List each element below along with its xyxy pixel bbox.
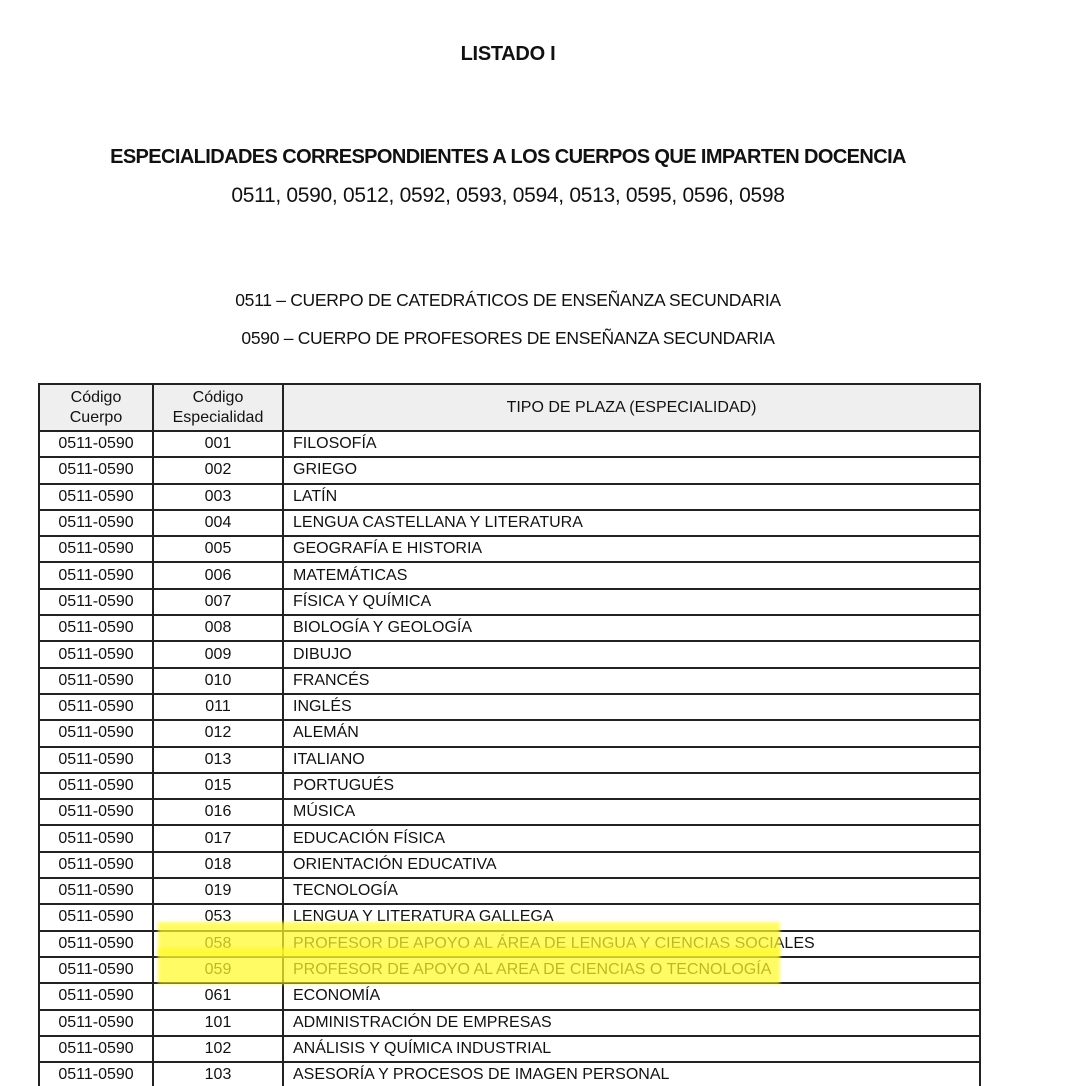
table-row: 0511-0590001FILOSOFÍA: [39, 431, 980, 457]
codigo-cuerpo-cell: 0511-0590: [39, 615, 153, 641]
codigo-especialidad-cell: 058: [153, 931, 283, 957]
codigo-especialidad-cell: 007: [153, 589, 283, 615]
header-text: Código: [193, 389, 244, 406]
tipo-plaza-cell: MÚSICA: [283, 799, 980, 825]
tipo-plaza-cell: ITALIANO: [283, 747, 980, 773]
codigo-cuerpo-cell: 0511-0590: [39, 431, 153, 457]
table-row: 0511-0590018ORIENTACIÓN EDUCATIVA: [39, 852, 980, 878]
codigo-cuerpo-cell: 0511-0590: [39, 720, 153, 746]
table-header-row: Código Cuerpo Código Especialidad TIPO D…: [39, 384, 980, 431]
codigo-especialidad-cell: 019: [153, 878, 283, 904]
codigo-cuerpo-cell: 0511-0590: [39, 931, 153, 957]
tipo-plaza-cell: BIOLOGÍA Y GEOLOGÍA: [283, 615, 980, 641]
cuerpo-codes-list: 0511, 0590, 0512, 0592, 0593, 0594, 0513…: [0, 184, 1016, 208]
codigo-cuerpo-cell: 0511-0590: [39, 852, 153, 878]
tipo-plaza-cell: LENGUA Y LITERATURA GALLEGA: [283, 904, 980, 930]
codigo-especialidad-cell: 012: [153, 720, 283, 746]
tipo-plaza-cell: EDUCACIÓN FÍSICA: [283, 825, 980, 851]
table-row: 0511-0590061ECONOMÍA: [39, 983, 980, 1009]
tipo-plaza-cell: FÍSICA Y QUÍMICA: [283, 589, 980, 615]
table-row: 0511-0590059PROFESOR DE APOYO AL AREA DE…: [39, 957, 980, 983]
codigo-cuerpo-cell: 0511-0590: [39, 484, 153, 510]
table-row: 0511-0590006MATEMÁTICAS: [39, 562, 980, 588]
codigo-especialidad-cell: 015: [153, 773, 283, 799]
table-row: 0511-0590015PORTUGUÉS: [39, 773, 980, 799]
tipo-plaza-cell: ADMINISTRACIÓN DE EMPRESAS: [283, 1010, 980, 1036]
table-row: 0511-0590011INGLÉS: [39, 694, 980, 720]
codigo-especialidad-cell: 005: [153, 536, 283, 562]
codigo-especialidad-cell: 013: [153, 747, 283, 773]
tipo-plaza-cell: ALEMÁN: [283, 720, 980, 746]
tipo-plaza-cell: PROFESOR DE APOYO AL ÁREA DE LENGUA Y CI…: [283, 931, 980, 957]
codigo-especialidad-cell: 103: [153, 1062, 283, 1086]
table-row: 0511-0590103ASESORÍA Y PROCESOS DE IMAGE…: [39, 1062, 980, 1086]
codigo-cuerpo-cell: 0511-0590: [39, 1062, 153, 1086]
table-row: 0511-0590004LENGUA CASTELLANA Y LITERATU…: [39, 510, 980, 536]
header-tipo-plaza: TIPO DE PLAZA (ESPECIALIDAD): [283, 384, 980, 431]
cuerpo-0511-heading: 0511 – CUERPO DE CATEDRÁTICOS DE ENSEÑAN…: [0, 290, 1016, 311]
document-title: LISTADO I: [0, 43, 1016, 66]
codigo-cuerpo-cell: 0511-0590: [39, 878, 153, 904]
table-row: 0511-0590053LENGUA Y LITERATURA GALLEGA: [39, 904, 980, 930]
table-row: 0511-0590058PROFESOR DE APOYO AL ÁREA DE…: [39, 931, 980, 957]
codigo-cuerpo-cell: 0511-0590: [39, 562, 153, 588]
tipo-plaza-cell: PROFESOR DE APOYO AL AREA DE CIENCIAS O …: [283, 957, 980, 983]
codigo-especialidad-cell: 004: [153, 510, 283, 536]
codigo-especialidad-cell: 002: [153, 457, 283, 483]
tipo-plaza-cell: ANÁLISIS Y QUÍMICA INDUSTRIAL: [283, 1036, 980, 1062]
table-row: 0511-0590013ITALIANO: [39, 747, 980, 773]
codigo-especialidad-cell: 102: [153, 1036, 283, 1062]
codigo-especialidad-cell: 003: [153, 484, 283, 510]
tipo-plaza-cell: GRIEGO: [283, 457, 980, 483]
tipo-plaza-cell: FRANCÉS: [283, 668, 980, 694]
codigo-cuerpo-cell: 0511-0590: [39, 1036, 153, 1062]
codigo-cuerpo-cell: 0511-0590: [39, 589, 153, 615]
codigo-cuerpo-cell: 0511-0590: [39, 825, 153, 851]
header-text: Cuerpo: [70, 409, 122, 426]
codigo-especialidad-cell: 001: [153, 431, 283, 457]
codigo-especialidad-cell: 008: [153, 615, 283, 641]
codigo-especialidad-cell: 018: [153, 852, 283, 878]
codigo-especialidad-cell: 053: [153, 904, 283, 930]
codigo-especialidad-cell: 009: [153, 641, 283, 667]
table-row: 0511-0590012ALEMÁN: [39, 720, 980, 746]
codigo-especialidad-cell: 010: [153, 668, 283, 694]
codigo-especialidad-cell: 059: [153, 957, 283, 983]
codigo-cuerpo-cell: 0511-0590: [39, 457, 153, 483]
codigo-cuerpo-cell: 0511-0590: [39, 694, 153, 720]
codigo-especialidad-cell: 061: [153, 983, 283, 1009]
tipo-plaza-cell: INGLÉS: [283, 694, 980, 720]
tipo-plaza-cell: ASESORÍA Y PROCESOS DE IMAGEN PERSONAL: [283, 1062, 980, 1086]
tipo-plaza-cell: TECNOLOGÍA: [283, 878, 980, 904]
table-row: 0511-0590003LATÍN: [39, 484, 980, 510]
codigo-cuerpo-cell: 0511-0590: [39, 904, 153, 930]
table-row: 0511-0590101ADMINISTRACIÓN DE EMPRESAS: [39, 1010, 980, 1036]
table-row: 0511-0590016MÚSICA: [39, 799, 980, 825]
tipo-plaza-cell: GEOGRAFÍA E HISTORIA: [283, 536, 980, 562]
header-codigo-especialidad: Código Especialidad: [153, 384, 283, 431]
codigo-especialidad-cell: 017: [153, 825, 283, 851]
tipo-plaza-cell: LENGUA CASTELLANA Y LITERATURA: [283, 510, 980, 536]
tipo-plaza-cell: FILOSOFÍA: [283, 431, 980, 457]
table-row: 0511-0590002GRIEGO: [39, 457, 980, 483]
codigo-cuerpo-cell: 0511-0590: [39, 799, 153, 825]
tipo-plaza-cell: ECONOMÍA: [283, 983, 980, 1009]
codigo-cuerpo-cell: 0511-0590: [39, 983, 153, 1009]
table-row: 0511-0590010FRANCÉS: [39, 668, 980, 694]
table-row: 0511-0590007FÍSICA Y QUÍMICA: [39, 589, 980, 615]
table-row: 0511-0590019TECNOLOGÍA: [39, 878, 980, 904]
codigo-cuerpo-cell: 0511-0590: [39, 536, 153, 562]
codigo-cuerpo-cell: 0511-0590: [39, 510, 153, 536]
codigo-cuerpo-cell: 0511-0590: [39, 747, 153, 773]
tipo-plaza-cell: PORTUGUÉS: [283, 773, 980, 799]
tipo-plaza-cell: ORIENTACIÓN EDUCATIVA: [283, 852, 980, 878]
codigo-especialidad-cell: 101: [153, 1010, 283, 1036]
table-row: 0511-0590005GEOGRAFÍA E HISTORIA: [39, 536, 980, 562]
document-subtitle: ESPECIALIDADES CORRESPONDIENTES A LOS CU…: [0, 146, 1016, 169]
codigo-cuerpo-cell: 0511-0590: [39, 957, 153, 983]
table-row: 0511-0590017EDUCACIÓN FÍSICA: [39, 825, 980, 851]
codigo-especialidad-cell: 006: [153, 562, 283, 588]
especialidades-table: Código Cuerpo Código Especialidad TIPO D…: [38, 383, 981, 1086]
header-codigo-cuerpo: Código Cuerpo: [39, 384, 153, 431]
header-text: Código: [71, 389, 122, 406]
codigo-especialidad-cell: 011: [153, 694, 283, 720]
header-text: Especialidad: [173, 409, 264, 426]
codigo-cuerpo-cell: 0511-0590: [39, 1010, 153, 1036]
table-row: 0511-0590008BIOLOGÍA Y GEOLOGÍA: [39, 615, 980, 641]
codigo-cuerpo-cell: 0511-0590: [39, 641, 153, 667]
codigo-cuerpo-cell: 0511-0590: [39, 668, 153, 694]
table-row: 0511-0590102ANÁLISIS Y QUÍMICA INDUSTRIA…: [39, 1036, 980, 1062]
table-row: 0511-0590009DIBUJO: [39, 641, 980, 667]
tipo-plaza-cell: DIBUJO: [283, 641, 980, 667]
tipo-plaza-cell: LATÍN: [283, 484, 980, 510]
codigo-cuerpo-cell: 0511-0590: [39, 773, 153, 799]
cuerpo-0590-heading: 0590 – CUERPO DE PROFESORES DE ENSEÑANZA…: [0, 328, 1016, 349]
codigo-especialidad-cell: 016: [153, 799, 283, 825]
tipo-plaza-cell: MATEMÁTICAS: [283, 562, 980, 588]
